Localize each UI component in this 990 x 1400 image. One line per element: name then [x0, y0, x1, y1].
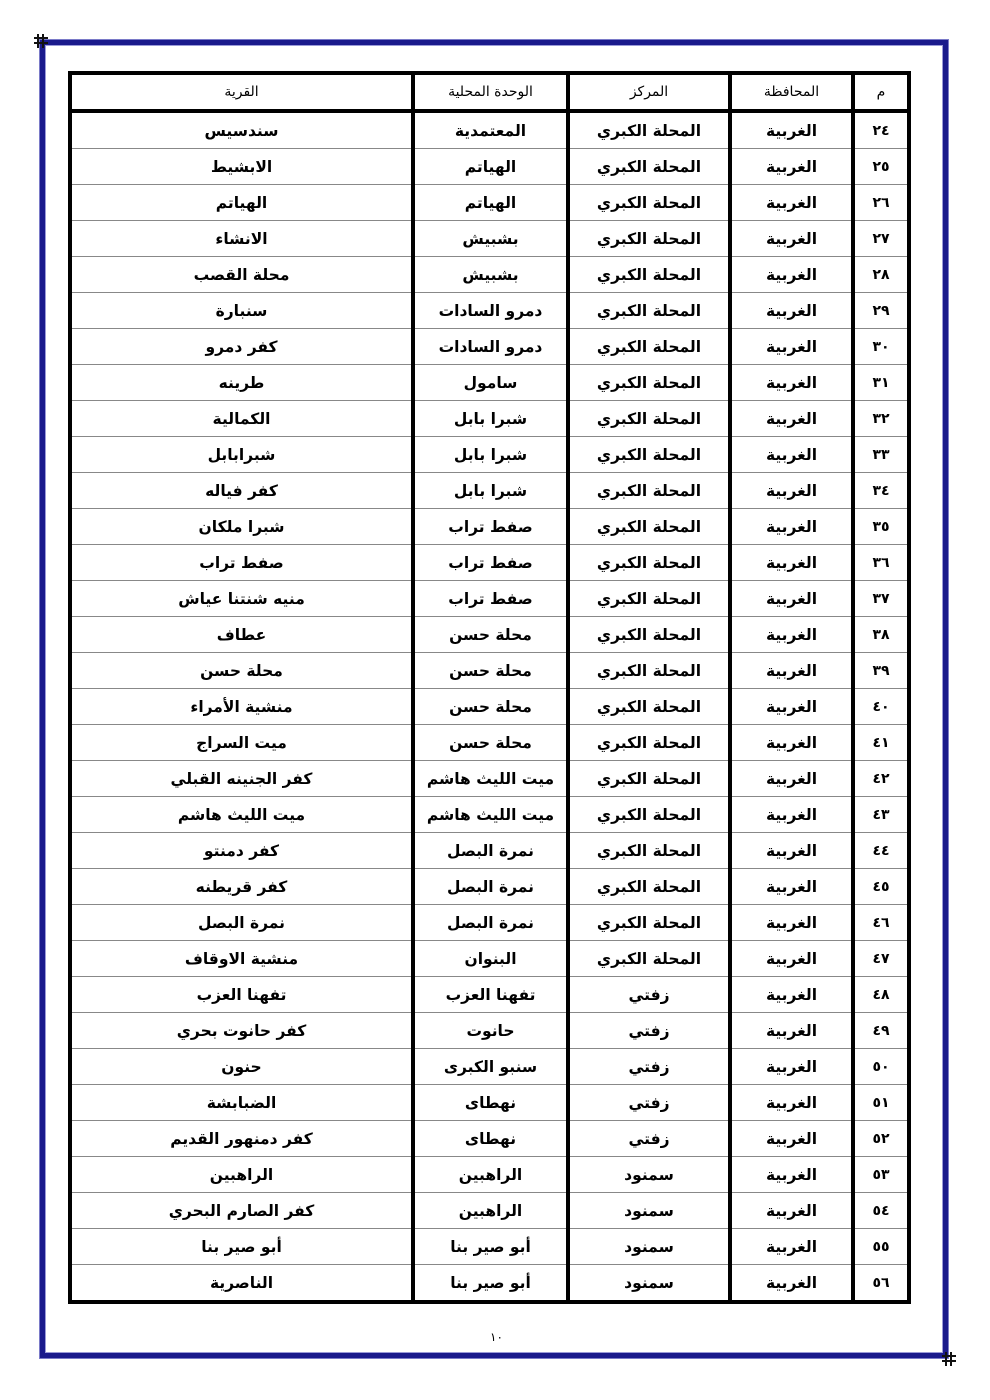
cell-local-unit: سامول — [413, 365, 568, 401]
cell-markaz: المحلة الكبري — [568, 473, 730, 509]
cell-local-unit: البنوان — [413, 941, 568, 977]
table-body: ٢٤الغربيةالمحلة الكبريالمعتمديةسندسيس٢٥ا… — [70, 111, 909, 1302]
table-row: ٤٨الغربيةزفتيتفهنا العزبتفهنا العزب — [70, 977, 909, 1013]
cell-governorate: الغربية — [730, 1193, 853, 1229]
cell-local-unit: أبو صير بنا — [413, 1229, 568, 1265]
cell-num: ٥٦ — [853, 1265, 909, 1303]
cell-governorate: الغربية — [730, 365, 853, 401]
cell-local-unit: محلة حسن — [413, 725, 568, 761]
cell-num: ٢٨ — [853, 257, 909, 293]
cell-markaz: المحلة الكبري — [568, 761, 730, 797]
cell-num: ٢٤ — [853, 111, 909, 149]
cell-local-unit: تفهنا العزب — [413, 977, 568, 1013]
corner-ornament-icon — [942, 1352, 956, 1366]
cell-num: ٣٥ — [853, 509, 909, 545]
table-row: ٢٥الغربيةالمحلة الكبريالهياتمالابشيط — [70, 149, 909, 185]
cell-governorate: الغربية — [730, 111, 853, 149]
cell-num: ٤٨ — [853, 977, 909, 1013]
cell-markaz: المحلة الكبري — [568, 833, 730, 869]
cell-local-unit: ميت الليث هاشم — [413, 761, 568, 797]
cell-local-unit: بشبيش — [413, 221, 568, 257]
cell-governorate: الغربية — [730, 1085, 853, 1121]
cell-num: ٢٧ — [853, 221, 909, 257]
header-num: م — [853, 73, 909, 111]
cell-num: ٣٣ — [853, 437, 909, 473]
header-local-unit: الوحدة المحلية — [413, 73, 568, 111]
cell-num: ٣٩ — [853, 653, 909, 689]
table-row: ٥٠الغربيةزفتيسنبو الكبرىحنون — [70, 1049, 909, 1085]
cell-village: صفط تراب — [70, 545, 413, 581]
cell-num: ٥٠ — [853, 1049, 909, 1085]
cell-governorate: الغربية — [730, 293, 853, 329]
cell-markaz: المحلة الكبري — [568, 293, 730, 329]
cell-markaz: المحلة الكبري — [568, 869, 730, 905]
cell-num: ٤٩ — [853, 1013, 909, 1049]
cell-markaz: المحلة الكبري — [568, 401, 730, 437]
cell-village: ميت الليث هاشم — [70, 797, 413, 833]
cell-local-unit: بشبيش — [413, 257, 568, 293]
cell-village: محلة القصب — [70, 257, 413, 293]
cell-num: ٤٥ — [853, 869, 909, 905]
cell-local-unit: نمرة البصل — [413, 905, 568, 941]
cell-governorate: الغربية — [730, 545, 853, 581]
cell-governorate: الغربية — [730, 797, 853, 833]
cell-village: سندسيس — [70, 111, 413, 149]
table-row: ٣٨الغربيةالمحلة الكبريمحلة حسنعطاف — [70, 617, 909, 653]
cell-governorate: الغربية — [730, 653, 853, 689]
cell-governorate: الغربية — [730, 581, 853, 617]
table-row: ٤٣الغربيةالمحلة الكبريميت الليث هاشمميت … — [70, 797, 909, 833]
cell-governorate: الغربية — [730, 329, 853, 365]
cell-village: كفر الجنينه القبلي — [70, 761, 413, 797]
cell-village: شبرا ملكان — [70, 509, 413, 545]
cell-village: كفر دمرو — [70, 329, 413, 365]
cell-num: ٤٤ — [853, 833, 909, 869]
cell-num: ٤٠ — [853, 689, 909, 725]
cell-governorate: الغربية — [730, 149, 853, 185]
cell-markaz: المحلة الكبري — [568, 689, 730, 725]
cell-governorate: الغربية — [730, 221, 853, 257]
table-row: ٥٤الغربيةسمنودالراهبينكفر الصارم البحري — [70, 1193, 909, 1229]
cell-local-unit: دمرو السادات — [413, 329, 568, 365]
cell-governorate: الغربية — [730, 257, 853, 293]
cell-markaz: زفتي — [568, 1049, 730, 1085]
cell-governorate: الغربية — [730, 761, 853, 797]
cell-num: ٤٦ — [853, 905, 909, 941]
cell-village: طرينه — [70, 365, 413, 401]
corner-ornament-icon — [34, 34, 48, 48]
cell-num: ٤٣ — [853, 797, 909, 833]
cell-village: عطاف — [70, 617, 413, 653]
table-row: ٤٤الغربيةالمحلة الكبرينمرة البصلكفر دمنت… — [70, 833, 909, 869]
cell-num: ٣٤ — [853, 473, 909, 509]
table-row: ٣٩الغربيةالمحلة الكبريمحلة حسنمحلة حسن — [70, 653, 909, 689]
cell-markaz: زفتي — [568, 1121, 730, 1157]
cell-governorate: الغربية — [730, 1157, 853, 1193]
cell-local-unit: نمرة البصل — [413, 833, 568, 869]
cell-local-unit: الراهبين — [413, 1193, 568, 1229]
table-row: ٣١الغربيةالمحلة الكبريسامولطرينه — [70, 365, 909, 401]
table-row: ٣٠الغربيةالمحلة الكبريدمرو الساداتكفر دم… — [70, 329, 909, 365]
cell-local-unit: الهياتم — [413, 149, 568, 185]
table-row: ٤٦الغربيةالمحلة الكبرينمرة البصلنمرة الب… — [70, 905, 909, 941]
table-row: ٥١الغربيةزفتينهطاىالضبابشة — [70, 1085, 909, 1121]
cell-markaz: المحلة الكبري — [568, 617, 730, 653]
cell-local-unit: الهياتم — [413, 185, 568, 221]
cell-village: منيه شنتنا عياش — [70, 581, 413, 617]
cell-village: نمرة البصل — [70, 905, 413, 941]
cell-local-unit: أبو صير بنا — [413, 1265, 568, 1303]
cell-markaz: سمنود — [568, 1157, 730, 1193]
cell-markaz: زفتي — [568, 1013, 730, 1049]
cell-village: سنبارة — [70, 293, 413, 329]
cell-village: كفر فياله — [70, 473, 413, 509]
table-row: ٣٦الغربيةالمحلة الكبريصفط ترابصفط تراب — [70, 545, 909, 581]
cell-num: ٥٢ — [853, 1121, 909, 1157]
cell-num: ٣٨ — [853, 617, 909, 653]
cell-village: شبرابابل — [70, 437, 413, 473]
cell-governorate: الغربية — [730, 833, 853, 869]
table-row: ٣٣الغربيةالمحلة الكبريشبرا بابلشبرابابل — [70, 437, 909, 473]
cell-markaz: المحلة الكبري — [568, 149, 730, 185]
table-header-row: م المحافظة المركز الوحدة المحلية القرية — [70, 73, 909, 111]
cell-governorate: الغربية — [730, 473, 853, 509]
cell-governorate: الغربية — [730, 185, 853, 221]
cell-markaz: زفتي — [568, 1085, 730, 1121]
header-markaz: المركز — [568, 73, 730, 111]
cell-num: ٣٧ — [853, 581, 909, 617]
cell-num: ٣٦ — [853, 545, 909, 581]
table-row: ٢٤الغربيةالمحلة الكبريالمعتمديةسندسيس — [70, 111, 909, 149]
cell-num: ٣٠ — [853, 329, 909, 365]
cell-num: ٤١ — [853, 725, 909, 761]
cell-village: منشية الاوقاف — [70, 941, 413, 977]
cell-markaz: زفتي — [568, 977, 730, 1013]
cell-markaz: المحلة الكبري — [568, 329, 730, 365]
table-row: ٢٨الغربيةالمحلة الكبريبشبيشمحلة القصب — [70, 257, 909, 293]
cell-governorate: الغربية — [730, 401, 853, 437]
cell-governorate: الغربية — [730, 437, 853, 473]
cell-markaz: المحلة الكبري — [568, 905, 730, 941]
cell-markaz: المحلة الكبري — [568, 437, 730, 473]
cell-village: تفهنا العزب — [70, 977, 413, 1013]
cell-local-unit: محلة حسن — [413, 617, 568, 653]
cell-num: ٣١ — [853, 365, 909, 401]
table-row: ٣٥الغربيةالمحلة الكبريصفط ترابشبرا ملكان — [70, 509, 909, 545]
cell-local-unit: نهطاى — [413, 1085, 568, 1121]
cell-local-unit: الراهبين — [413, 1157, 568, 1193]
cell-local-unit: شبرا بابل — [413, 437, 568, 473]
cell-num: ٥٥ — [853, 1229, 909, 1265]
cell-local-unit: محلة حسن — [413, 653, 568, 689]
cell-local-unit: دمرو السادات — [413, 293, 568, 329]
cell-governorate: الغربية — [730, 1229, 853, 1265]
cell-village: الكمالية — [70, 401, 413, 437]
header-village: القرية — [70, 73, 413, 111]
header-governorate: المحافظة — [730, 73, 853, 111]
cell-local-unit: ميت الليث هاشم — [413, 797, 568, 833]
cell-governorate: الغربية — [730, 977, 853, 1013]
cell-village: منشية الأمراء — [70, 689, 413, 725]
cell-markaz: المحلة الكبري — [568, 221, 730, 257]
cell-governorate: الغربية — [730, 689, 853, 725]
table-row: ٤٠الغربيةالمحلة الكبريمحلة حسنمنشية الأم… — [70, 689, 909, 725]
cell-governorate: الغربية — [730, 1121, 853, 1157]
cell-village: الراهبين — [70, 1157, 413, 1193]
cell-village: محلة حسن — [70, 653, 413, 689]
table-row: ٣٤الغربيةالمحلة الكبريشبرا بابلكفر فياله — [70, 473, 909, 509]
cell-num: ٢٥ — [853, 149, 909, 185]
cell-village: الابشيط — [70, 149, 413, 185]
cell-num: ٣٢ — [853, 401, 909, 437]
villages-table: م المحافظة المركز الوحدة المحلية القرية … — [68, 71, 911, 1304]
cell-num: ٥٤ — [853, 1193, 909, 1229]
cell-village: كفر دمنتو — [70, 833, 413, 869]
cell-local-unit: صفط تراب — [413, 545, 568, 581]
cell-num: ٤٢ — [853, 761, 909, 797]
cell-village: حنون — [70, 1049, 413, 1085]
cell-village: الناصرية — [70, 1265, 413, 1303]
cell-governorate: الغربية — [730, 1049, 853, 1085]
table-row: ٤١الغربيةالمحلة الكبريمحلة حسنميت السراج — [70, 725, 909, 761]
table-row: ٤٩الغربيةزفتيحانوتكفر حانوت بحري — [70, 1013, 909, 1049]
table-row: ٤٢الغربيةالمحلة الكبريميت الليث هاشمكفر … — [70, 761, 909, 797]
cell-markaz: سمنود — [568, 1229, 730, 1265]
cell-governorate: الغربية — [730, 869, 853, 905]
cell-markaz: المحلة الكبري — [568, 509, 730, 545]
table-row: ٢٦الغربيةالمحلة الكبريالهياتمالهياتم — [70, 185, 909, 221]
cell-num: ٥١ — [853, 1085, 909, 1121]
table-row: ٥٦الغربيةسمنودأبو صير بناالناصرية — [70, 1265, 909, 1303]
cell-local-unit: محلة حسن — [413, 689, 568, 725]
cell-governorate: الغربية — [730, 725, 853, 761]
table-row: ٥٥الغربيةسمنودأبو صير بناأبو صير بنا — [70, 1229, 909, 1265]
cell-governorate: الغربية — [730, 1265, 853, 1303]
cell-markaz: المحلة الكبري — [568, 725, 730, 761]
cell-governorate: الغربية — [730, 617, 853, 653]
table-row: ٥٣الغربيةسمنودالراهبينالراهبين — [70, 1157, 909, 1193]
cell-markaz: سمنود — [568, 1265, 730, 1303]
cell-village: الانشاء — [70, 221, 413, 257]
cell-governorate: الغربية — [730, 1013, 853, 1049]
cell-local-unit: حانوت — [413, 1013, 568, 1049]
cell-markaz: المحلة الكبري — [568, 365, 730, 401]
page-number: ١٠ — [490, 1330, 503, 1344]
cell-num: ٥٣ — [853, 1157, 909, 1193]
cell-num: ٢٩ — [853, 293, 909, 329]
cell-markaz: المحلة الكبري — [568, 185, 730, 221]
cell-village: أبو صير بنا — [70, 1229, 413, 1265]
cell-markaz: المحلة الكبري — [568, 941, 730, 977]
table-row: ٣٢الغربيةالمحلة الكبريشبرا بابلالكمالية — [70, 401, 909, 437]
cell-num: ٢٦ — [853, 185, 909, 221]
table-row: ٤٥الغربيةالمحلة الكبرينمرة البصلكفر قريط… — [70, 869, 909, 905]
cell-markaz: المحلة الكبري — [568, 545, 730, 581]
cell-local-unit: صفط تراب — [413, 509, 568, 545]
cell-markaz: سمنود — [568, 1193, 730, 1229]
cell-governorate: الغربية — [730, 905, 853, 941]
cell-local-unit: نهطاى — [413, 1121, 568, 1157]
cell-village: كفر حانوت بحري — [70, 1013, 413, 1049]
cell-governorate: الغربية — [730, 509, 853, 545]
cell-markaz: المحلة الكبري — [568, 653, 730, 689]
cell-markaz: المحلة الكبري — [568, 581, 730, 617]
cell-markaz: المحلة الكبري — [568, 111, 730, 149]
cell-num: ٤٧ — [853, 941, 909, 977]
table-row: ٢٩الغربيةالمحلة الكبريدمرو الساداتسنبارة — [70, 293, 909, 329]
cell-village: كفر الصارم البحري — [70, 1193, 413, 1229]
cell-markaz: المحلة الكبري — [568, 257, 730, 293]
cell-local-unit: سنبو الكبرى — [413, 1049, 568, 1085]
cell-local-unit: المعتمدية — [413, 111, 568, 149]
table-row: ٢٧الغربيةالمحلة الكبريبشبيشالانشاء — [70, 221, 909, 257]
table-row: ٥٢الغربيةزفتينهطاىكفر دمنهور القديم — [70, 1121, 909, 1157]
cell-local-unit: شبرا بابل — [413, 401, 568, 437]
table-row: ٤٧الغربيةالمحلة الكبريالبنوانمنشية الاوق… — [70, 941, 909, 977]
cell-local-unit: نمرة البصل — [413, 869, 568, 905]
cell-local-unit: صفط تراب — [413, 581, 568, 617]
cell-village: الضبابشة — [70, 1085, 413, 1121]
cell-village: الهياتم — [70, 185, 413, 221]
cell-village: كفر قريطنه — [70, 869, 413, 905]
table-row: ٣٧الغربيةالمحلة الكبريصفط ترابمنيه شنتنا… — [70, 581, 909, 617]
cell-local-unit: شبرا بابل — [413, 473, 568, 509]
cell-markaz: المحلة الكبري — [568, 797, 730, 833]
cell-village: كفر دمنهور القديم — [70, 1121, 413, 1157]
cell-village: ميت السراج — [70, 725, 413, 761]
cell-governorate: الغربية — [730, 941, 853, 977]
